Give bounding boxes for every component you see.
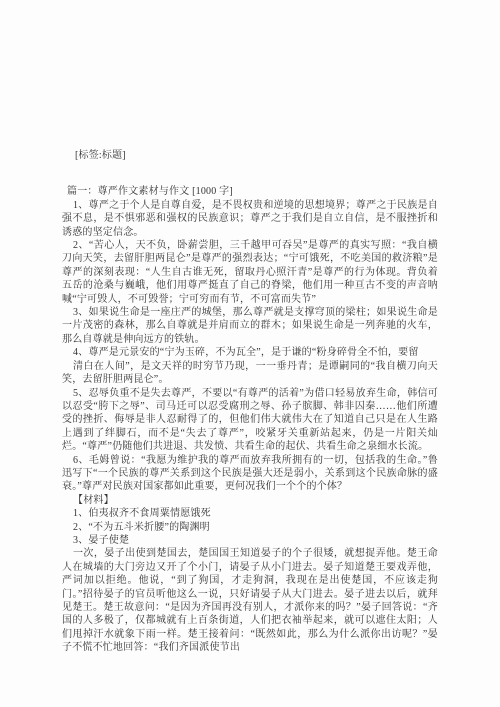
paragraph: 6、毛姆曾说：“我愿为维护我的尊严而放弃我所拥有的一切，包括我的生命。”鲁迅写下… bbox=[62, 454, 438, 494]
paragraph: 5、忍辱负重不是失去尊严，不要以“有尊严的活着”为借口轻易放弃生命，韩信可以忍受… bbox=[62, 387, 438, 454]
paragraph: 4、尊严是元景安的“宁为玉碎，不为瓦全”，是于谦的“粉身碎骨全不怕，要留 bbox=[62, 346, 438, 359]
paragraph: 3、如果说生命是一座庄严的城堡，那么尊严就是支撑穹顶的梁柱；如果说生命是一片茂密… bbox=[62, 306, 438, 346]
paragraph: 清白在人间”，是文天祥的时穷节乃现，一一垂丹青；是谭嗣同的“我自横刀向天笑，去留… bbox=[62, 360, 438, 387]
paragraph-list: 1、尊严之于个人是自尊自爱，是不畏权贵和逆境的思想境界；尊严之于民族是自强不息，… bbox=[62, 199, 438, 655]
document-body: [标签:标题] 篇一：尊严作文素材与作文 [1000 字] 1、尊严之于个人是自… bbox=[62, 149, 438, 655]
paragraph: 3、晏子使楚 bbox=[62, 534, 438, 547]
paragraph: 1、伯夷叔齐不食周粟情愿饿死 bbox=[62, 507, 438, 520]
paragraph: 1、尊严之于个人是自尊自爱，是不畏权贵和逆境的思想境界；尊严之于民族是自强不息，… bbox=[62, 199, 438, 239]
document-page: [标签:标题] 篇一：尊严作文素材与作文 [1000 字] 1、尊严之于个人是自… bbox=[0, 0, 500, 707]
tag-title-placeholder: [标签:标题] bbox=[62, 149, 438, 162]
paragraph: 2、“不为五斗米折腰”的陶渊明 bbox=[62, 521, 438, 534]
paragraph: 【材料】 bbox=[62, 494, 438, 507]
paragraph: 一次，晏子出使到楚国去，楚国国王知道晏子的个子很矮，就想捉弄他。楚王命人在城墙的… bbox=[62, 547, 438, 654]
essay-heading: 篇一：尊严作文素材与作文 [1000 字] bbox=[62, 185, 438, 198]
paragraph: 2、“苦心人，天不负，卧薪尝胆，三千越甲可吞吴”是尊严的真实写照：“我自横刀向天… bbox=[62, 239, 438, 306]
